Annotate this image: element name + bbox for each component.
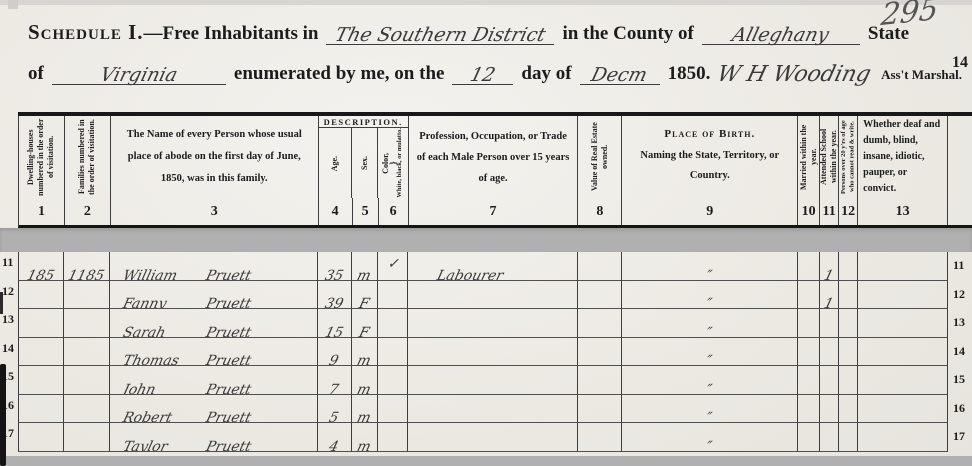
- surname: Pruett: [205, 383, 253, 395]
- right-margin: [948, 116, 972, 198]
- line-number-right: 15: [948, 366, 972, 395]
- sex-cell: m: [352, 395, 378, 424]
- birthplace-cell: ″: [622, 423, 798, 452]
- married-cell: [798, 395, 820, 424]
- scan-edge-smudge: [0, 364, 6, 466]
- age-cell: 15: [318, 309, 352, 338]
- state-handwritten: Virginia: [98, 66, 179, 85]
- dwelling-cell: [18, 423, 64, 452]
- birthplace-ditto-mark: ″: [705, 440, 713, 452]
- scan-seam-band: [0, 228, 972, 252]
- school-cell: [820, 338, 839, 367]
- enumerated-label: enumerated by me, on the: [234, 63, 445, 85]
- given-name: John: [122, 383, 158, 395]
- age-value: 4: [328, 440, 340, 452]
- col-num-8: 8: [578, 198, 622, 225]
- schedule-label: Schedule I.: [28, 20, 144, 45]
- married-cell: [798, 423, 820, 452]
- age-cell: 7: [318, 366, 352, 395]
- free-inhabitants-label: —Free Inhabitants in: [144, 23, 319, 45]
- cannot-read-cell: [839, 395, 858, 424]
- given-name: Thomas: [122, 354, 181, 366]
- birthplace-ditto-mark: ″: [705, 354, 713, 366]
- cannot-read-cell: [839, 281, 858, 310]
- cannot-read-cell: [839, 309, 858, 338]
- given-name: Fanny: [122, 297, 169, 309]
- sex-cell: m: [352, 423, 378, 452]
- scan-edge-smudge: [0, 292, 3, 314]
- sex-value: m: [355, 411, 372, 423]
- real-estate-cell: [578, 423, 622, 452]
- married-cell: [798, 366, 820, 395]
- header-age-text: Age.: [330, 156, 340, 171]
- line-number-right: 12: [948, 281, 972, 310]
- name-cell: RobertPruett: [110, 395, 318, 424]
- birthplace-ditto-mark: ″: [705, 411, 713, 423]
- color-checkmark: ✓: [386, 257, 401, 271]
- dwelling-cell: [18, 338, 64, 367]
- age-value: 5: [328, 411, 340, 423]
- family-cell: [64, 338, 110, 367]
- age-value: 9: [328, 354, 340, 366]
- form-header: 295 14 Schedule I. —Free Inhabitants in …: [0, 0, 972, 112]
- family-cell: [64, 366, 110, 395]
- remarks-cell: [858, 281, 948, 310]
- cannot-read-cell: [839, 338, 858, 367]
- header-profession-text: Profession, Occupation, or Trade of each…: [409, 126, 578, 189]
- col-num-3: 3: [111, 198, 319, 225]
- sex-cell: m: [352, 366, 378, 395]
- header-color: Color, { White, black, or mulatto.: [378, 128, 408, 198]
- col-num-4: 4: [319, 198, 353, 225]
- header-sex-text: Sex.: [360, 156, 370, 170]
- surname: Pruett: [205, 354, 253, 366]
- age-cell: 9: [318, 338, 352, 367]
- birthplace-cell: ″: [622, 252, 798, 281]
- description-band: Description.: [319, 116, 408, 128]
- day-blank: 12: [452, 64, 513, 85]
- color-cell: [378, 395, 408, 424]
- col-num-12: 12: [839, 198, 858, 225]
- header-remarks-text: Whether deaf and dumb, blind, insane, id…: [858, 117, 947, 197]
- birthplace-cell: ″: [622, 366, 798, 395]
- dwelling-cell: [18, 366, 64, 395]
- surname: Pruett: [205, 411, 253, 423]
- table-row: 14 ThomasPruett 9 m ″ 14: [0, 338, 972, 367]
- family-cell: [64, 423, 110, 452]
- table-row: 15 JohnPruett 7 m ″ 15: [0, 366, 972, 395]
- line-number-right: 16: [948, 395, 972, 424]
- color-cell: [378, 366, 408, 395]
- cannot-read-cell: [839, 423, 858, 452]
- marshal-signature: W H Wooding: [718, 62, 871, 84]
- header-name-text: The Name of every Person whose usual pla…: [111, 124, 318, 190]
- sex-value: m: [355, 354, 372, 366]
- age-cell: 5: [318, 395, 352, 424]
- header-dwelling-text: Dwelling-houses numbered in the order of…: [26, 118, 56, 196]
- county-handwritten: Alleghany: [730, 26, 831, 45]
- color-cell: ✓: [378, 252, 408, 281]
- school-mark: 1: [822, 297, 834, 309]
- given-name: Robert: [122, 411, 174, 423]
- table-row: 11 185 1185 WilliamPruett 35 m ✓ Laboure…: [0, 252, 972, 281]
- name-cell: TaylorPruett: [110, 423, 318, 452]
- age-cell: 39: [318, 281, 352, 310]
- name-cell: SarahPruett: [110, 309, 318, 338]
- occupation-cell: [408, 366, 578, 395]
- header-color-detail-text: White, black, or mulatto.: [396, 128, 404, 198]
- sex-value: m: [355, 269, 372, 281]
- school-cell: [820, 309, 839, 338]
- day-of-label: day of: [521, 63, 571, 85]
- day-handwritten: 12: [468, 66, 497, 85]
- col-num-11: 11: [820, 198, 839, 225]
- header-birthplace-sub: Naming the State, Territory, or Country.: [630, 146, 790, 186]
- description-columns: Age. Sex. Color, { White, black, or mula…: [319, 128, 408, 198]
- county-of-label: in the County of: [562, 23, 693, 45]
- column-header-row: Dwelling-houses numbered in the order of…: [18, 116, 972, 198]
- header-school-text: Attended School within the year.: [820, 118, 839, 196]
- line-number-left: 14: [0, 338, 18, 367]
- col-num-6: 6: [379, 198, 409, 225]
- line-number-right: 17: [948, 423, 972, 452]
- marshal-label: Ass't Marshal.: [881, 67, 962, 83]
- table-row: 12 FannyPruett 39 F ″ 1 12: [0, 281, 972, 310]
- header-description-group: Description. Age. Sex. Color, { White, b…: [319, 116, 409, 198]
- birthplace-cell: ″: [622, 338, 798, 367]
- header-profession: Profession, Occupation, or Trade of each…: [409, 116, 579, 198]
- real-estate-cell: [578, 281, 622, 310]
- header-cannot-read: Persons over 20 y'rs of age who cannot r…: [839, 116, 858, 198]
- sex-cell: F: [352, 281, 378, 310]
- col-num-10: 10: [798, 198, 820, 225]
- surname: Pruett: [205, 269, 253, 281]
- header-real-estate-text: Value of Real Estate owned.: [590, 118, 610, 196]
- state-blank: Virginia: [52, 64, 226, 85]
- real-estate-cell: [578, 366, 622, 395]
- header-dwelling: Dwelling-houses numbered in the order of…: [19, 116, 65, 198]
- school-cell: 1: [820, 281, 839, 310]
- scan-seam-bottom: [0, 456, 972, 466]
- header-family: Families numbered in the order of visita…: [65, 116, 111, 198]
- year-label: 1850.: [668, 63, 711, 85]
- line-number-right: 11: [948, 252, 972, 281]
- given-name: Taylor: [122, 440, 170, 452]
- header-married-text: Married within the year.: [799, 118, 819, 196]
- sex-cell: F: [352, 309, 378, 338]
- surname: Pruett: [205, 326, 253, 338]
- real-estate-cell: [578, 309, 622, 338]
- cannot-read-cell: [839, 366, 858, 395]
- birthplace-ditto-mark: ″: [705, 383, 713, 395]
- sex-value: m: [355, 440, 372, 452]
- header-family-text: Families numbered in the order of visita…: [77, 118, 97, 196]
- birthplace-ditto-mark: ″: [705, 326, 713, 338]
- birthplace-ditto-mark: ″: [705, 297, 713, 309]
- header-remarks: Whether deaf and dumb, blind, insane, id…: [858, 116, 948, 198]
- married-cell: [798, 309, 820, 338]
- sex-cell: m: [352, 338, 378, 367]
- married-cell: [798, 281, 820, 310]
- school-cell: 1: [820, 252, 839, 281]
- sex-value: m: [355, 383, 372, 395]
- district-handwritten: The Southern District: [333, 26, 547, 45]
- header-sex: Sex.: [352, 128, 378, 198]
- dwelling-value: 185: [25, 269, 55, 281]
- header-school: Attended School within the year.: [820, 116, 839, 198]
- header-real-estate: Value of Real Estate owned.: [578, 116, 622, 198]
- table-row: 13 SarahPruett 15 F ″ 13: [0, 309, 972, 338]
- real-estate-cell: [578, 395, 622, 424]
- header-name: The Name of every Person whose usual pla…: [111, 116, 319, 198]
- col-num-13: 13: [858, 198, 948, 225]
- table-row: 17 TaylorPruett 4 m ″ 17: [0, 423, 972, 452]
- table-header-area: Dwelling-houses numbered in the order of…: [18, 112, 972, 228]
- birthplace-cell: ″: [622, 395, 798, 424]
- dwelling-cell: 185: [18, 252, 64, 281]
- column-number-row: 1 2 3 4 5 6 7 8 9 10 11 12 13: [18, 198, 972, 228]
- month-blank: Decm: [580, 64, 660, 85]
- name-cell: ThomasPruett: [110, 338, 318, 367]
- school-cell: [820, 423, 839, 452]
- census-schedule-scan: 295 14 Schedule I. —Free Inhabitants in …: [0, 0, 972, 466]
- remarks-cell: [858, 338, 948, 367]
- table-body: 11 185 1185 WilliamPruett 35 m ✓ Laboure…: [0, 252, 972, 452]
- birthplace-cell: ″: [622, 281, 798, 310]
- birthplace-ditto-mark: ″: [705, 269, 713, 281]
- cannot-read-cell: [839, 252, 858, 281]
- remarks-cell: [858, 423, 948, 452]
- dwelling-cell: [18, 309, 64, 338]
- sex-value: F: [357, 297, 370, 309]
- occupation-cell: [408, 309, 578, 338]
- age-value: 35: [323, 269, 344, 281]
- occupation-cell: [408, 423, 578, 452]
- right-margin: [948, 198, 972, 225]
- line-number-right: 13: [948, 309, 972, 338]
- surname: Pruett: [205, 297, 253, 309]
- school-mark: 1: [822, 269, 834, 281]
- given-name: William: [122, 269, 179, 281]
- title-line-1: Schedule I. —Free Inhabitants in The Sou…: [28, 20, 962, 45]
- color-cell: [378, 281, 408, 310]
- state-label: State: [868, 23, 909, 45]
- col-num-7: 7: [409, 198, 579, 225]
- dwelling-cell: [18, 281, 64, 310]
- name-cell: WilliamPruett: [110, 252, 318, 281]
- family-cell: [64, 281, 110, 310]
- header-age: Age.: [319, 128, 353, 198]
- header-cannot-read-text: Persons over 20 y'rs of age who cannot r…: [840, 118, 857, 196]
- real-estate-cell: [578, 338, 622, 367]
- table-row: 16 RobertPruett 5 m ″ 16: [0, 395, 972, 424]
- name-cell: FannyPruett: [110, 281, 318, 310]
- month-handwritten: Decm: [589, 66, 649, 85]
- married-cell: [798, 338, 820, 367]
- title-line-2: of Virginia enumerated by me, on the 12 …: [28, 62, 962, 85]
- county-blank: Alleghany: [702, 24, 860, 45]
- age-value: 7: [328, 383, 340, 395]
- surname: Pruett: [205, 440, 253, 452]
- col-num-9: 9: [622, 198, 798, 225]
- remarks-cell: [858, 366, 948, 395]
- family-value: 1185: [66, 269, 105, 281]
- remarks-cell: [858, 309, 948, 338]
- family-cell: [64, 395, 110, 424]
- age-cell: 4: [318, 423, 352, 452]
- col-num-1: 1: [19, 198, 65, 225]
- name-cell: JohnPruett: [110, 366, 318, 395]
- color-cell: [378, 423, 408, 452]
- signature-handwritten: W H Wooding: [715, 64, 873, 86]
- header-birthplace-title: Place of Birth.: [630, 128, 790, 140]
- remarks-cell: [858, 395, 948, 424]
- occupation-cell: [408, 338, 578, 367]
- occupation-value: Labourer: [436, 269, 505, 281]
- family-cell: 1185: [64, 252, 110, 281]
- age-value: 15: [323, 326, 344, 338]
- age-value: 39: [323, 297, 344, 309]
- given-name: Sarah: [122, 326, 167, 338]
- col-num-2: 2: [65, 198, 111, 225]
- school-cell: [820, 395, 839, 424]
- header-birthplace: Place of Birth. Naming the State, Territ…: [622, 116, 798, 198]
- occupation-cell: [408, 281, 578, 310]
- header-married: Married within the year.: [798, 116, 820, 198]
- col-num-5: 5: [353, 198, 379, 225]
- family-cell: [64, 309, 110, 338]
- of-label: of: [28, 63, 44, 85]
- sex-value: F: [357, 326, 370, 338]
- line-number-right: 14: [948, 338, 972, 367]
- district-blank: The Southern District: [326, 24, 554, 45]
- birthplace-cell: ″: [622, 309, 798, 338]
- married-cell: [798, 252, 820, 281]
- line-number-left: 11: [0, 252, 18, 281]
- sex-cell: m: [352, 252, 378, 281]
- remarks-cell: [858, 252, 948, 281]
- occupation-cell: [408, 395, 578, 424]
- age-cell: 35: [318, 252, 352, 281]
- real-estate-cell: [578, 252, 622, 281]
- occupation-cell: Labourer: [408, 252, 578, 281]
- color-cell: [378, 309, 408, 338]
- color-cell: [378, 338, 408, 367]
- school-cell: [820, 366, 839, 395]
- dwelling-cell: [18, 395, 64, 424]
